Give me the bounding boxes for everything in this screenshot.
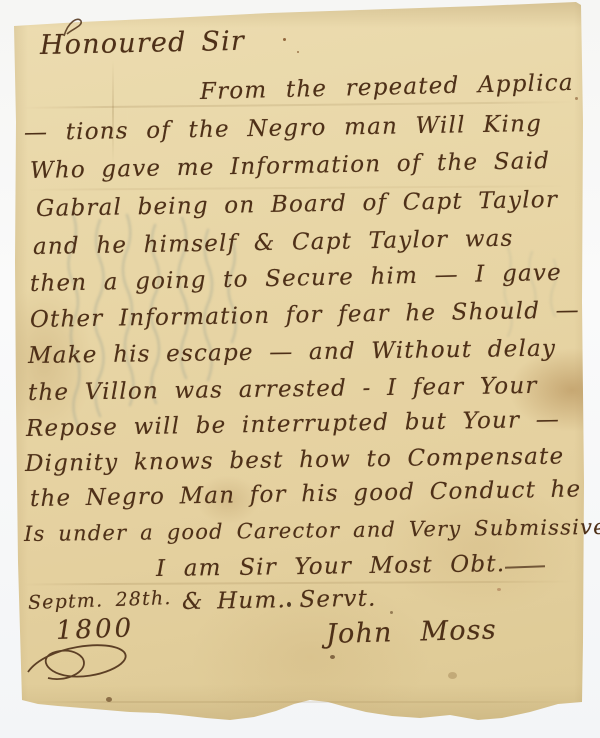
paper-stain [283,38,286,41]
date-flourish [18,634,148,704]
paper-stain [330,655,335,659]
paper-stain [575,97,578,100]
scanned-letter: Honoured Sir From the repeated Applica —… [0,0,600,738]
paper-stain [390,611,393,614]
closing-line: I am Sir Your Most Obt. [156,551,506,582]
paper-crease [112,60,114,164]
paper-stain [448,672,457,679]
closing-attestation: & Hum. Servt. [182,586,377,615]
signature: John Moss [326,615,498,650]
salutation: Honoured Sir [40,26,246,61]
paper-stain [497,588,501,591]
paper-stain [297,51,299,53]
